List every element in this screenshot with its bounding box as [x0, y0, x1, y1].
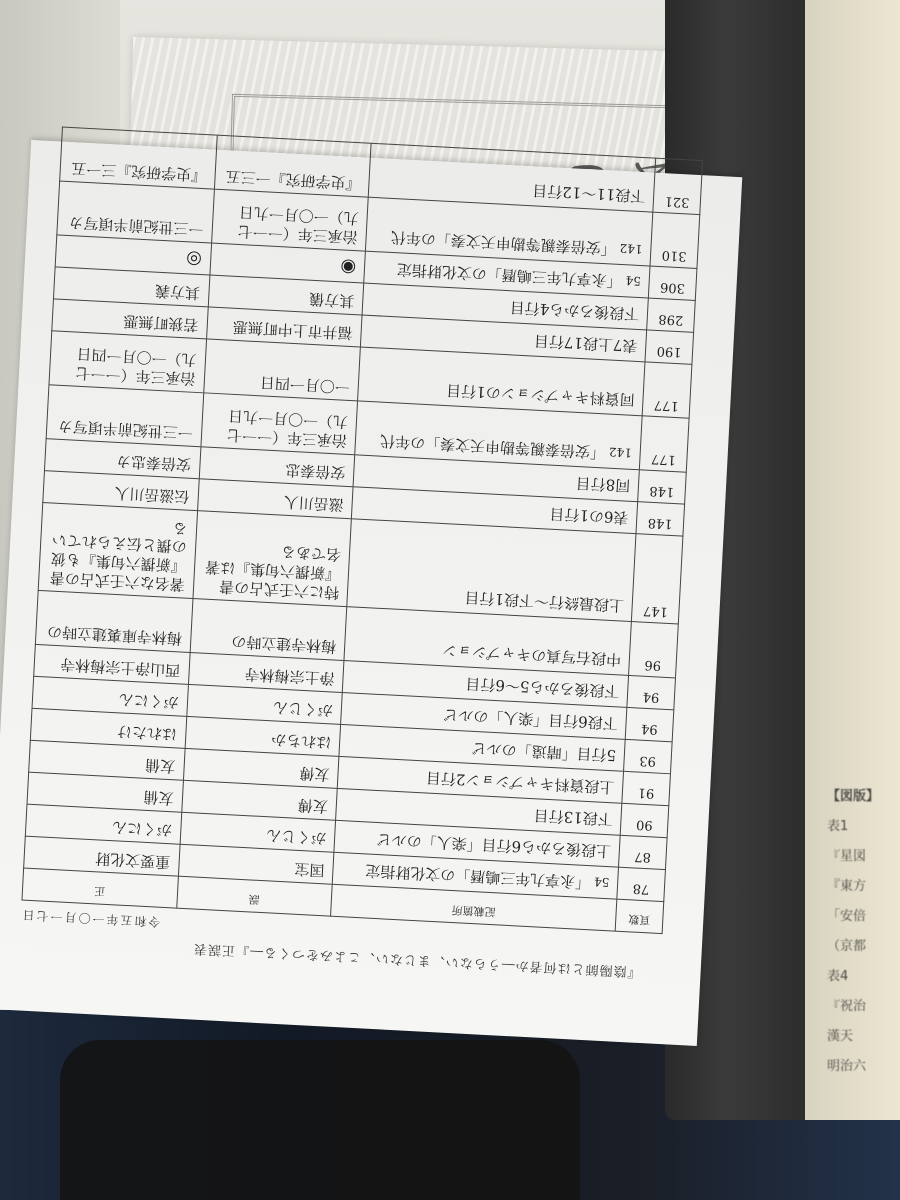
figure-number: 54 — [594, 874, 610, 889]
location-text: 「安倍泰親等勘申天文奏」の年代 — [380, 432, 606, 462]
location-text: 5行目「晴遠」のルビ — [471, 739, 616, 765]
page-line: 「安倍 — [827, 905, 879, 935]
correct-cell: 一三世紀前半頃写カ — [46, 385, 203, 447]
error-cell: 梅林寺建立時の — [190, 599, 347, 661]
location-text: 中段右写真のキャプション — [442, 641, 622, 668]
location-cell: 上段最終行〜下段1行目 — [347, 519, 636, 622]
adjacent-book-page: 【図版】 表1 『星図 『東方 「安倍 （京都 表4 『祝治 漢天 明治六 — [805, 0, 900, 1120]
page-line: 【図版】 — [827, 785, 879, 815]
page-line: 『祝治 — [827, 995, 879, 1025]
page-cell: 94 — [625, 707, 673, 741]
page-cell: 147 — [632, 534, 683, 624]
page-line: 漢天 — [827, 1025, 879, 1055]
correct-cell: 著名な六壬式占の書『新撰六旬集』も彼の撰と伝えられている — [38, 503, 197, 599]
errata-sheet-wrapper: 『陰陽師とは何者か―うらない、まじない、こよみをつくる―』正誤表 令和五年一〇月… — [0, 150, 730, 950]
location-text: 表7上段17行目 — [534, 332, 638, 355]
page-cell: 87 — [619, 835, 667, 869]
location-text: 同資料キャプションの1行目 — [446, 381, 635, 409]
page-line: 表4 — [827, 965, 879, 995]
page-cell: 78 — [617, 867, 665, 901]
page-cell: 310 — [650, 212, 700, 268]
figure-number: 142 — [619, 241, 643, 256]
errata-table: 頁数 記載箇所 誤 正 7854「永享九年三嶋暦」の文化財指定国宝重要文化財87… — [21, 127, 703, 935]
location-text: 同8行目 — [575, 474, 630, 495]
correct-cell: 一三世紀前半頃写カ — [57, 181, 214, 243]
page-cell: 96 — [629, 622, 679, 678]
page-cell: 90 — [620, 803, 668, 837]
page-line: 『東方 — [827, 875, 879, 905]
correct-cell: 梅林寺庫裏建立時の — [35, 590, 192, 652]
page-cell: 93 — [624, 739, 672, 773]
page-line: 明治六 — [827, 1055, 879, 1085]
location-text: 下段6行目「楽人」のルビ — [443, 705, 618, 732]
page-cell: 298 — [647, 298, 695, 332]
error-cell: 特に六壬式占の書『新撰六旬集』は著名である — [193, 511, 352, 607]
page-cell: 91 — [622, 771, 670, 805]
figure-number: 54 — [625, 273, 641, 288]
location-text: 下段後ろから4行目 — [509, 298, 639, 323]
page-cell: 190 — [645, 330, 693, 364]
location-text: 「安倍泰親等勘申天文奏」の年代 — [390, 228, 616, 258]
page-cell: 94 — [627, 675, 675, 709]
location-text: 下段13行目 — [533, 806, 613, 828]
adjacent-page-text: 【図版】 表1 『星図 『東方 「安倍 （京都 表4 『祝治 漢天 明治六 — [827, 785, 879, 1085]
error-cell: 治承三年（一一七九）一〇月一九日 — [200, 393, 357, 455]
page-cell: 148 — [636, 502, 684, 536]
location-text: 上段後ろから6行目「楽人」のルビ — [376, 830, 611, 860]
page-cell: 306 — [649, 266, 697, 300]
errata-sheet: 『陰陽師とは何者か―うらない、まじない、こよみをつくる―』正誤表 令和五年一〇月… — [0, 140, 742, 1046]
error-cell: 治承三年（一一七九）一〇月一九日 — [211, 189, 368, 251]
location-text: 上段最終行〜下段1行目 — [464, 588, 624, 614]
page-line: （京都 — [827, 935, 879, 965]
column-header-page: 頁数 — [615, 899, 663, 933]
page-cell: 177 — [642, 362, 692, 418]
page-cell: 177 — [640, 416, 690, 472]
location-text: 「永享九年三嶋暦」の文化財指定 — [365, 861, 591, 891]
location-text: 上段資料キャプション2行目 — [426, 769, 615, 797]
error-cell: 一〇月一四日 — [203, 339, 360, 401]
page-line: 表1 — [827, 815, 879, 845]
page-cell: 321 — [653, 158, 703, 214]
page-line: 『星図 — [827, 845, 879, 875]
dark-cloth — [60, 1040, 580, 1200]
correct-cell: 『史学研究』三一五 — [60, 127, 217, 189]
location-text: 表6の1行目 — [549, 505, 629, 527]
error-cell: 『史学研究』一三五 — [214, 135, 371, 197]
location-text: 下段後ろから5〜6行目 — [465, 674, 620, 700]
page-cell: 148 — [638, 470, 686, 504]
errata-table-body: 7854「永享九年三嶋暦」の文化財指定国宝重要文化財87上段後ろから6行目「楽人… — [24, 127, 703, 902]
location-text: 「永享九年三嶋暦」の文化財指定 — [396, 260, 622, 290]
location-text: 下段11〜12行目 — [532, 181, 646, 205]
correct-cell: 治承三年（一一七九）一〇月一四日 — [49, 331, 206, 393]
figure-number: 142 — [609, 445, 633, 460]
